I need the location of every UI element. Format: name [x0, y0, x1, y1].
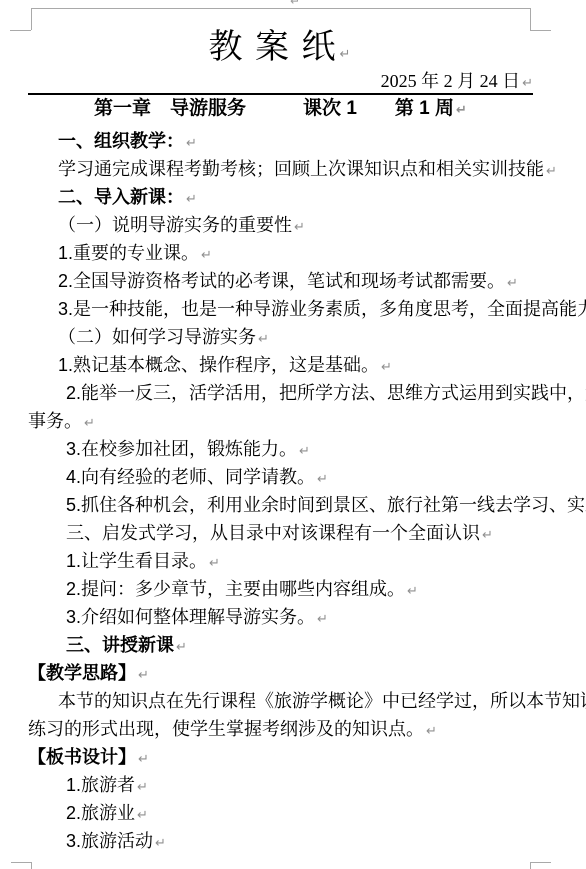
- text-line-content: 本节的知识点在先行课程《旅游学概论》中已经学过，所以本节知识以课堂: [58, 691, 586, 711]
- text-line[interactable]: 2.能举一反三，活学活用，把所学方法、思维方式运用到实践中，解决日常: [28, 379, 533, 407]
- paragraph-mark-icon: ↵: [456, 103, 467, 118]
- text-line-content: 2.能举一反三，活学活用，把所学方法、思维方式运用到实践中，解决日常: [66, 383, 586, 403]
- paragraph-mark-icon: ↵: [294, 220, 305, 235]
- text-line-content: 一、组织教学：: [58, 131, 184, 151]
- text-line-content: 【教学思路】: [28, 663, 136, 683]
- text-line-content: （二）如何学习导游实务: [58, 327, 256, 347]
- paragraph-mark-icon: ↵: [546, 164, 557, 179]
- text-line-content: 1.让学生看目录。: [66, 551, 207, 571]
- paragraph-mark-icon: ↵: [176, 640, 187, 655]
- paragraph-mark-icon: ↵: [426, 724, 437, 739]
- document-title-text: 教 案 纸: [209, 29, 338, 66]
- text-line[interactable]: 3.旅游活动↵: [28, 827, 533, 855]
- text-line[interactable]: 【板书设计】↵: [28, 743, 533, 771]
- paragraph-mark-icon: ↵: [522, 76, 533, 91]
- date-line[interactable]: 2025 年 2 月 24 日↵: [28, 70, 533, 92]
- text-line[interactable]: 3.在校参加社团，锻炼能力。↵: [28, 435, 533, 463]
- chapter-heading-text: 第一章 导游服务 课次 1 第 1 周: [94, 98, 454, 119]
- text-line[interactable]: 学习通完成课程考勤考核；回顾上次课知识点和相关实训技能↵: [28, 155, 533, 183]
- header-rule: [28, 93, 533, 95]
- text-line-content: 三、讲授新课: [66, 635, 174, 655]
- text-line[interactable]: 二、导入新课：↵: [28, 183, 533, 211]
- text-line[interactable]: 3.是一种技能，也是一种导游业务素质，多角度思考，全面提高能力水平。↵: [28, 295, 533, 323]
- paragraph-mark-icon: ↵: [407, 584, 418, 599]
- text-line[interactable]: 2.旅游业↵: [28, 799, 533, 827]
- paragraph-mark-icon: ↵: [138, 752, 149, 767]
- paragraph-mark-icon: ↵: [482, 528, 493, 543]
- text-line[interactable]: 3.介绍如何整体理解导游实务。↵: [28, 603, 533, 631]
- text-line-content: 1.重要的专业课。: [58, 243, 199, 263]
- text-line-content: 3.旅游活动: [66, 831, 153, 851]
- paragraph-mark-icon: ↵: [84, 416, 95, 431]
- text-line-content: 2.全国导游资格考试的必考课，笔试和现场考试都需要。: [58, 271, 505, 291]
- text-boundary-bottom-right-vert: [530, 862, 531, 869]
- text-line-content: 1.熟记基本概念、操作程序，这是基础。: [58, 355, 379, 375]
- chapter-heading[interactable]: 第一章 导游服务 课次 1 第 1 周↵: [28, 98, 533, 120]
- paragraph-mark-icon: ↵: [137, 780, 148, 795]
- paragraph-mark-icon: ↵: [201, 248, 212, 263]
- text-line-content: 3.介绍如何整体理解导游实务。: [66, 607, 315, 627]
- paragraph-mark-icon: ↵: [138, 668, 149, 683]
- text-line-content: 2.旅游业: [66, 803, 135, 823]
- paragraph-mark-icon: ↵: [137, 808, 148, 823]
- text-line-content: 2.提问：多少章节，主要由哪些内容组成。: [66, 579, 405, 599]
- text-line[interactable]: 1.重要的专业课。↵: [28, 239, 533, 267]
- text-boundary-bottom-left-stub: [11, 862, 32, 863]
- text-line[interactable]: 三、讲授新课↵: [28, 631, 533, 659]
- paragraph-mark-icon: ↵: [381, 360, 392, 375]
- text-line[interactable]: 【教学思路】↵: [28, 659, 533, 687]
- text-boundary-top-edge: [31, 8, 530, 9]
- text-line[interactable]: 1.旅游者↵: [28, 771, 533, 799]
- text-line-content: 3.是一种技能，也是一种导游业务素质，多角度思考，全面提高能力水平。: [58, 299, 586, 319]
- paragraph-mark-icon: ↵: [258, 332, 269, 347]
- document-body: 一、组织教学：↵学习通完成课程考勤考核；回顾上次课知识点和相关实训技能↵二、导入…: [28, 127, 533, 855]
- text-boundary-top-right-stub: [530, 30, 551, 31]
- date-text: 2025 年 2 月 24 日: [381, 71, 521, 91]
- paragraph-mark-icon: ↵: [155, 836, 166, 851]
- text-line-content: （一）说明导游实务的重要性: [58, 215, 292, 235]
- text-line[interactable]: 本节的知识点在先行课程《旅游学概论》中已经学过，所以本节知识以课堂: [28, 687, 533, 715]
- paragraph-mark-icon: ↵: [317, 472, 328, 487]
- header-paragraph-mark-icon: ↵: [290, 0, 300, 8]
- paragraph-mark-icon: ↵: [209, 556, 220, 571]
- text-line[interactable]: 事务。↵: [28, 407, 533, 435]
- text-line-content: 事务。: [28, 411, 82, 431]
- text-line[interactable]: （二）如何学习导游实务↵: [28, 323, 533, 351]
- text-line[interactable]: 练习的形式出现，使学生掌握考纲涉及的知识点。↵: [28, 715, 533, 743]
- text-line-content: 3.在校参加社团，锻炼能力。: [66, 439, 297, 459]
- text-line-content: 学习通完成课程考勤考核；回顾上次课知识点和相关实训技能: [58, 159, 544, 179]
- text-line-content: 【板书设计】: [28, 747, 136, 767]
- text-line-content: 5.抓住各种机会，利用业余时间到景区、旅行社第一线去学习、实践积累。: [66, 495, 586, 515]
- paragraph-mark-icon: ↵: [186, 192, 197, 207]
- text-line-content: 二、导入新课：: [58, 187, 184, 207]
- text-line-content: 三、启发式学习，从目录中对该课程有一个全面认识: [66, 523, 480, 543]
- text-boundary-bottom-left-vert: [31, 862, 32, 869]
- text-line-content: 练习的形式出现，使学生掌握考纲涉及的知识点。: [28, 719, 424, 739]
- paragraph-mark-icon: ↵: [299, 444, 310, 459]
- text-line[interactable]: 2.全国导游资格考试的必考课，笔试和现场考试都需要。↵: [28, 267, 533, 295]
- text-line[interactable]: 4.向有经验的老师、同学请教。↵: [28, 463, 533, 491]
- paragraph-mark-icon: ↵: [186, 136, 197, 151]
- document-title[interactable]: 教 案 纸↵: [28, 26, 533, 70]
- paragraph-mark-icon: ↵: [340, 47, 353, 62]
- text-line[interactable]: （一）说明导游实务的重要性↵: [28, 211, 533, 239]
- text-line-content: 4.向有经验的老师、同学请教。: [66, 467, 315, 487]
- text-line[interactable]: 三、启发式学习，从目录中对该课程有一个全面认识↵: [28, 519, 533, 547]
- paragraph-mark-icon: ↵: [317, 612, 328, 627]
- text-boundary-bottom-right-stub: [530, 862, 551, 863]
- text-line[interactable]: 1.让学生看目录。↵: [28, 547, 533, 575]
- text-line-content: 1.旅游者: [66, 775, 135, 795]
- paragraph-mark-icon: ↵: [507, 276, 518, 291]
- text-line[interactable]: 2.提问：多少章节，主要由哪些内容组成。↵: [28, 575, 533, 603]
- text-line[interactable]: 5.抓住各种机会，利用业余时间到景区、旅行社第一线去学习、实践积累。↵: [28, 491, 533, 519]
- text-line[interactable]: 一、组织教学：↵: [28, 127, 533, 155]
- text-line[interactable]: 1.熟记基本概念、操作程序，这是基础。↵: [28, 351, 533, 379]
- document-page: ↵ 教 案 纸↵ 2025 年 2 月 24 日↵ 第一章 导游服务 课次 1 …: [0, 0, 586, 869]
